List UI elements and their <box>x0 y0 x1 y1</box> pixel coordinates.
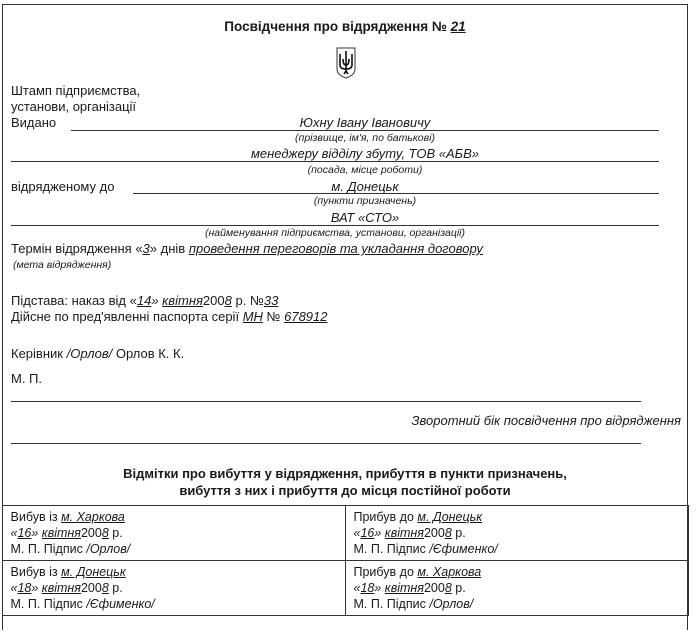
passport-row: Дійсне по пред'явленні паспорта серії МН… <box>11 309 328 324</box>
basis-day: 14 <box>137 293 151 308</box>
document-title: Посвідчення про відрядження № 21 <box>3 19 687 34</box>
position-caption: (посада, місце роботи) <box>71 164 659 176</box>
position-line <box>11 161 659 162</box>
marks-title-line1: Відмітки про вибуття у відрядження, приб… <box>3 465 687 482</box>
head-name: Орлов К. К. <box>116 346 184 361</box>
passport-series: МН <box>243 309 263 324</box>
arrival-cell: Прибув до м. Харкова «18» квітня2008 р. … <box>345 561 688 616</box>
term-row: Термін відрядження «3» днів проведення п… <box>11 241 483 256</box>
destination-caption: (пункти призначень) <box>71 195 659 207</box>
head-signature: /Орлов/ <box>67 346 113 361</box>
basis-number: 33 <box>264 293 278 308</box>
reverse-side-label: Зворотний бік посвідчення про відрядженн… <box>412 413 681 428</box>
organization-caption: (найменування підприємства, установи, ор… <box>11 227 659 239</box>
certificate-number: 21 <box>451 19 466 34</box>
arrival-cell: Прибув до м. Донецьк «16» квітня2008 р. … <box>345 506 688 561</box>
purpose-caption: (мета відрядження) <box>13 259 111 271</box>
basis-row: Підстава: наказ від «14» квітня2008 р. №… <box>11 293 278 308</box>
head-row: Керівник /Орлов/ Орлов К. К. <box>11 346 184 361</box>
organization-line <box>11 225 659 226</box>
organization-value: ВАТ «СТО» <box>71 210 659 225</box>
table-row: Вибув із м. Харкова «16» квітня2008 р. М… <box>2 506 688 561</box>
travel-certificate: Посвідчення про відрядження № 21 Штамп п… <box>2 4 688 630</box>
term-days: 3 <box>143 241 150 256</box>
stamp-label-line1: Штамп підприємства, <box>11 83 140 98</box>
departure-cell: Вибув із м. Донецьк «18» квітня2008 р. М… <box>2 561 345 616</box>
marks-title-line2: вибуття з них і прибуття до місця постій… <box>3 482 687 499</box>
destination-value: м. Донецьк <box>71 179 659 194</box>
departure-cell: Вибув із м. Харкова «16» квітня2008 р. М… <box>2 506 345 561</box>
marks-table: Вибув із м. Харкова «16» квітня2008 р. М… <box>2 505 689 616</box>
table-row: Вибув із м. Донецьк «18» квітня2008 р. М… <box>2 561 688 616</box>
purpose-value: проведення переговорів та укладання дого… <box>189 241 483 256</box>
seal-label: М. П. <box>11 371 42 386</box>
basis-month: квітня <box>162 293 203 308</box>
separator-line-top <box>11 401 641 402</box>
stamp-label-line2: установи, організації <box>11 99 136 114</box>
issued-label: Видано <box>11 115 56 130</box>
issued-line <box>71 130 659 131</box>
trident-coat-of-arms-icon <box>336 47 356 79</box>
passport-number: 678912 <box>284 309 327 324</box>
position-value: менеджеру відділу збуту, ТОВ «АБВ» <box>71 146 659 161</box>
issued-to-value: Юхну Івану Івановичу <box>71 115 659 130</box>
separator-line-bottom <box>11 443 641 444</box>
issued-caption: (прізвище, ім'я, по батькові) <box>71 132 659 144</box>
